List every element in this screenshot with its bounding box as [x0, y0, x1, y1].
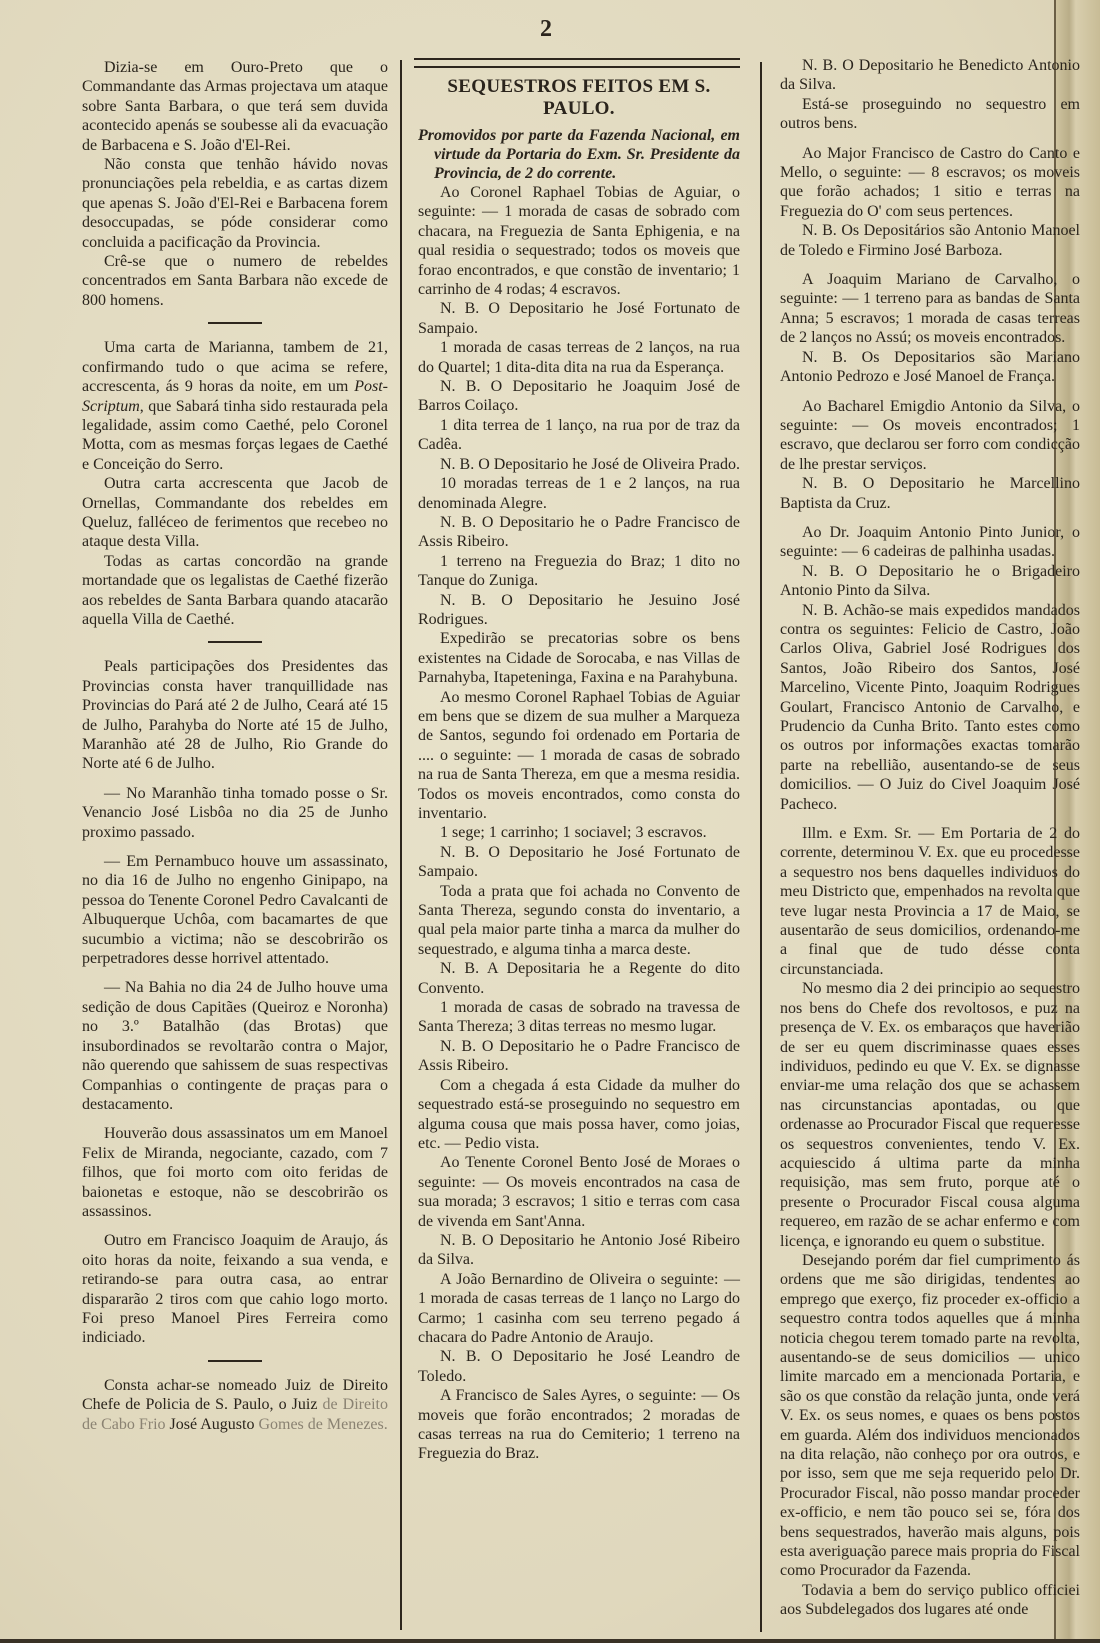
paragraph: Está-se proseguindo no sequestro em outr…	[780, 95, 1080, 134]
paragraph: Ao Major Francisco de Castro do Canto e …	[780, 144, 1080, 222]
paragraph: 1 morada de casas de sobrado na travessa…	[418, 998, 740, 1037]
paragraph: 1 dita terrea de 1 lanço, na rua por de …	[418, 416, 740, 455]
paragraph: Illm. e Exm. Sr. — Em Portaria de 2 do c…	[780, 824, 1080, 979]
paragraph: Ao Coronel Raphael Tobias de Aguiar, o s…	[418, 183, 740, 299]
paragraph: N. B. O Depositario he José de Oliveira …	[418, 455, 740, 474]
column-rule	[400, 60, 402, 1630]
paragraph: 1 morada de casas terreas de 2 lanços, n…	[418, 338, 740, 377]
paragraph: 10 moradas terreas de 1 e 2 lanços, na r…	[418, 474, 740, 513]
faded-text: Gomes de Menezes.	[258, 1416, 387, 1433]
paragraph: N. B. O Depositario he José Fortunato de…	[418, 843, 740, 882]
paragraph: N. B. O Depositario he Marcellino Baptis…	[780, 474, 1080, 513]
paragraph: N. B. Achão-se mais expedidos mandados c…	[780, 601, 1080, 814]
paragraph: N. B. O Depositario he Joaquim José de B…	[418, 377, 740, 416]
paragraph: Outro em Francisco Joaquim de Araujo, ás…	[82, 1231, 388, 1347]
paragraph: — No Maranhão tinha tomado posse o Sr. V…	[82, 784, 388, 842]
paragraph: Com a chegada á esta Cidade da mulher do…	[418, 1076, 740, 1154]
paragraph: No mesmo dia 2 dei principio ao sequestr…	[780, 979, 1080, 1251]
paragraph: N. B. Os Depositários são Antonio Manoel…	[780, 221, 1080, 260]
paragraph: N. B. O Depositario he José Leandro de T…	[418, 1347, 740, 1386]
article-headline: SEQUESTROS FEITOS EM S. PAULO.	[418, 76, 740, 120]
paragraph: Ao Bacharel Emigdio Antonio da Silva, o …	[780, 397, 1080, 475]
paragraph: Expedirão se precatorias sobre os bens e…	[418, 629, 740, 687]
paragraph-nomination: Consta achar-se nomeado Juiz de Direito …	[82, 1376, 388, 1434]
paragraph: N. B. Os Depositarios são Mariano Antoni…	[780, 348, 1080, 387]
paragraph: Ao mesmo Coronel Raphael Tobias de Aguia…	[418, 688, 740, 824]
paragraph: Desejando porém dar fiel cumprimento ás …	[780, 1251, 1080, 1581]
paragraph: Todavia a bem do serviço publico officie…	[780, 1581, 1080, 1620]
paragraph: Outra carta accrescenta que Jacob de Orn…	[82, 474, 388, 552]
paragraph: A Francisco de Sales Ayres, o seguinte: …	[418, 1386, 740, 1464]
paragraph: 1 terreno na Freguezia do Braz; 1 dito n…	[418, 552, 740, 591]
article-subheading: Promovidos por parte da Fazenda Nacional…	[418, 126, 740, 183]
column-middle: SEQUESTROS FEITOS EM S. PAULO. Promovido…	[418, 70, 740, 1464]
paragraph: Crê-se que o numero de rebeldes concentr…	[82, 252, 388, 310]
headline-double-rule	[414, 58, 740, 68]
paragraph: Peals participações dos Presidentes das …	[82, 657, 388, 773]
paragraph-marianna-letter: Uma carta de Marianna, tambem de 21, con…	[82, 338, 388, 474]
paragraph: Dizia-se em Ouro-Preto que o Commandante…	[82, 58, 388, 155]
paragraph: A Joaquim Mariano de Carvalho, o seguint…	[780, 270, 1080, 348]
paragraph: N. B. O Depositario he o Padre Francisco…	[418, 1037, 740, 1076]
paragraph: N. B. O Depositario he Antonio José Ribe…	[418, 1231, 740, 1270]
paragraph: Não consta que tenhão hávido novas pronu…	[82, 155, 388, 252]
paragraph: — Na Bahia no dia 24 de Julho houve uma …	[82, 978, 388, 1114]
paragraph: Ao Dr. Joaquim Antonio Pinto Junior, o s…	[780, 523, 1080, 562]
paragraph: N. B. O Depositario he Jesuino José Rodr…	[418, 591, 740, 630]
paragraph: N. B. O Depositario he Benedicto Antonio…	[780, 56, 1080, 95]
paragraph: Todas as cartas concordão na grande mort…	[82, 552, 388, 630]
newspaper-page: 2 Dizia-se em Ouro-Preto que o Commandan…	[0, 0, 1100, 1643]
paragraph: Toda a prata que foi achada no Convento …	[418, 882, 740, 960]
section-divider	[208, 1360, 262, 1362]
paragraph: N. B. A Depositaria he a Regente do dito…	[418, 959, 740, 998]
text-run: Uma carta de Marianna, tambem de 21, con…	[82, 339, 388, 395]
paragraph: A João Bernardino de Oliveira o seguinte…	[418, 1270, 740, 1348]
column-rule	[760, 62, 762, 1632]
section-divider	[208, 641, 262, 643]
paragraph: N. B. O Depositario he José Fortunato de…	[418, 299, 740, 338]
paragraph: N. B. O Depositario he o Padre Francisco…	[418, 513, 740, 552]
paragraph: 1 sege; 1 carrinho; 1 sociavel; 3 escrav…	[418, 823, 740, 842]
page-bottom-edge	[0, 1639, 1100, 1643]
paragraph: — Em Pernambuco houve um assassinato, no…	[82, 852, 388, 968]
column-right: N. B. O Depositario he Benedicto Antonio…	[780, 56, 1080, 1620]
paragraph: Houverão dous assassinatos um em Manoel …	[82, 1124, 388, 1221]
column-left: Dizia-se em Ouro-Preto que o Commandante…	[82, 58, 388, 1434]
paragraph: Ao Tenente Coronel Bento José de Moraes …	[418, 1153, 740, 1231]
text-run: José Augusto	[166, 1416, 259, 1433]
section-divider	[208, 322, 262, 324]
page-number: 2	[540, 16, 552, 43]
paragraph: N. B. O Depositario he o Brigadeiro Anto…	[780, 562, 1080, 601]
